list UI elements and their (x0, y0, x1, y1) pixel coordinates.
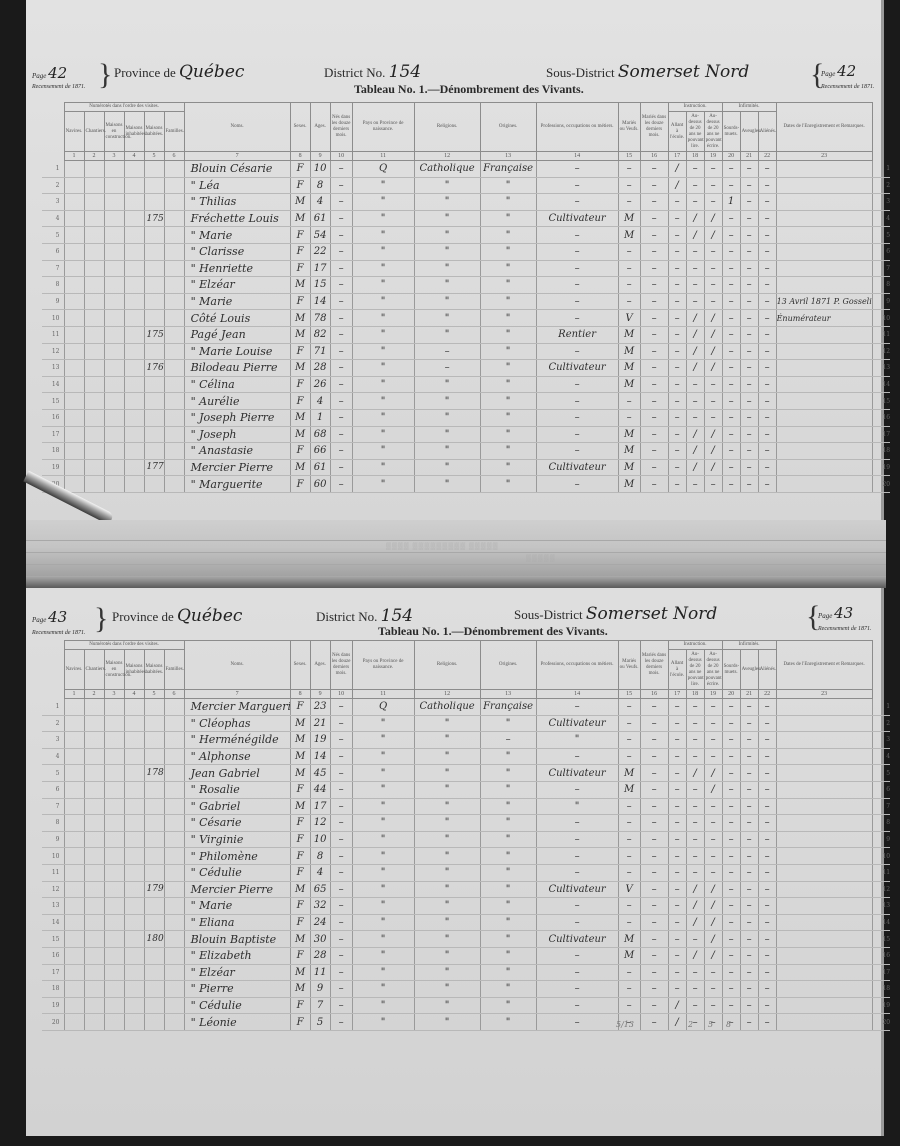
religion: – (414, 360, 480, 377)
row-number-right: 20 (872, 476, 890, 493)
row-number: 6 (42, 781, 64, 798)
origin: " (480, 864, 536, 881)
married-last-12-months: – (640, 360, 668, 377)
insane: – (758, 326, 776, 343)
remarks: 13 Avril 1871 P. Gosselin (776, 293, 872, 310)
col-shipyards-cell (84, 964, 104, 981)
row-number: 11 (42, 864, 64, 881)
col-names: Noms. (184, 641, 290, 690)
row-number-right: 1 (872, 161, 890, 178)
profession: – (536, 914, 618, 931)
col-ships-cell (64, 210, 84, 227)
col-religion: Religions. (414, 103, 480, 152)
census-rows: 1Blouin CésarieF10–QCatholiqueFrançaise–… (42, 161, 890, 493)
married-last-12-months: – (640, 732, 668, 749)
born-last-12-months: – (330, 715, 352, 732)
blind: – (740, 781, 758, 798)
person-name: " Léa (184, 177, 290, 194)
remarks (776, 981, 872, 998)
col-ships-cell (64, 815, 84, 832)
origin: " (480, 343, 536, 360)
col-families-cell (164, 393, 184, 410)
col-shipyards-cell (84, 831, 104, 848)
age: 24 (310, 914, 330, 931)
religion: " (414, 914, 480, 931)
dwelling-family-number (144, 914, 164, 931)
table-row: 11" CédulieF4–"""–––––––––11 (42, 864, 890, 881)
sex: M (290, 931, 310, 948)
religion: " (414, 732, 480, 749)
row-number: 8 (42, 277, 64, 294)
row-number-right: 9 (872, 831, 890, 848)
age: 14 (310, 748, 330, 765)
sex: F (290, 161, 310, 178)
religion: " (414, 947, 480, 964)
dwelling-family-number: 177 194 (144, 459, 164, 476)
religion: " (414, 476, 480, 493)
deaf-mute: – (722, 161, 740, 178)
col-houses-empty-cell (124, 715, 144, 732)
profession: Rentier (536, 326, 618, 343)
col-number: 23 (776, 152, 872, 161)
cannot-write: / (704, 326, 722, 343)
age: 4 (310, 864, 330, 881)
born-last-12-months: – (330, 798, 352, 815)
col-houses-empty-cell (124, 981, 144, 998)
remarks (776, 393, 872, 410)
col-shipyards-cell (84, 409, 104, 426)
deaf-mute: – (722, 781, 740, 798)
blind: – (740, 748, 758, 765)
insane: – (758, 426, 776, 443)
col-number: 2 (84, 690, 104, 699)
blind: – (740, 715, 758, 732)
birthplace: " (352, 914, 414, 931)
col-families-cell (164, 765, 184, 782)
dwelling-family-number (144, 781, 164, 798)
sex: F (290, 848, 310, 865)
profession: – (536, 831, 618, 848)
insane: – (758, 443, 776, 460)
cannot-read: / (686, 360, 704, 377)
marital-status: M (618, 931, 640, 948)
birthplace: " (352, 343, 414, 360)
deaf-mute: – (722, 748, 740, 765)
marital-status: M (618, 765, 640, 782)
marital-status: – (618, 732, 640, 749)
religion: " (414, 864, 480, 881)
remarks (776, 765, 872, 782)
row-number-right: 10 (872, 848, 890, 865)
profession: – (536, 748, 618, 765)
col-blind: Aveugles. (740, 650, 758, 690)
marital-status: – (618, 748, 640, 765)
cannot-write: / (704, 210, 722, 227)
table-row: 19" CédulieF7–"""–––/–––––19 (42, 997, 890, 1014)
born-last-12-months: – (330, 914, 352, 931)
page-number-right: Page 43 (818, 604, 853, 622)
married-last-12-months: – (640, 1014, 668, 1031)
table-row: 12179 196Mercier PierreM65–"""Cultivateu… (42, 881, 890, 898)
married-last-12-months: – (640, 914, 668, 931)
col-age: Ages. (310, 103, 330, 152)
insane: – (758, 310, 776, 327)
married-last-12-months: – (640, 476, 668, 493)
col-number: 18 (686, 152, 704, 161)
col-age: Ages. (310, 641, 330, 690)
dwelling-family-number (144, 715, 164, 732)
profession: – (536, 864, 618, 881)
col-houses-building-cell (104, 864, 124, 881)
marital-status: – (618, 715, 640, 732)
row-number: 2 (42, 177, 64, 194)
dwelling-family-number (144, 310, 164, 327)
birthplace: " (352, 947, 414, 964)
census-year-left: Recensement de 1871. (32, 84, 85, 90)
sex: M (290, 765, 310, 782)
col-houses-building-cell (104, 376, 124, 393)
blind: – (740, 798, 758, 815)
attending-school: – (668, 864, 686, 881)
col-houses-building-cell (104, 227, 124, 244)
blind: – (740, 914, 758, 931)
col-number: 7 (184, 690, 290, 699)
deaf-mute: – (722, 997, 740, 1014)
marital-status: – (618, 964, 640, 981)
married-last-12-months: – (640, 409, 668, 426)
col-insane: Aliénés. (758, 650, 776, 690)
origin: " (480, 443, 536, 460)
remarks (776, 898, 872, 915)
col-number: 14 (536, 152, 618, 161)
table-row: 5" MarieF54–"""–M––//–––5 (42, 227, 890, 244)
person-name: " Aurélie (184, 393, 290, 410)
born-last-12-months: – (330, 443, 352, 460)
col-houses-building: Maisons en construction. (104, 650, 124, 690)
sex: M (290, 459, 310, 476)
col-houses-empty-cell (124, 376, 144, 393)
remarks (776, 227, 872, 244)
profession: – (536, 1014, 618, 1031)
col-houses-building-cell (104, 831, 124, 848)
col-remarks: Dates de l'Enregistrement et Remarques. (776, 103, 872, 152)
marital-status: – (618, 277, 640, 294)
insane: – (758, 947, 776, 964)
married-last-12-months: – (640, 310, 668, 327)
insane: – (758, 997, 776, 1014)
row-number-right: 19 (872, 997, 890, 1014)
birthplace: " (352, 931, 414, 948)
col-deaf: Sourds-muets. (722, 112, 740, 152)
col-houses-building-cell (104, 360, 124, 377)
col-houses-empty-cell (124, 831, 144, 848)
blind: – (740, 947, 758, 964)
profession: – (536, 194, 618, 211)
cannot-write: – (704, 393, 722, 410)
married-last-12-months: – (640, 831, 668, 848)
row-number-right: 6 (872, 781, 890, 798)
table-row: 10Côté LouisM78–"""–V––//–––Énumérateur1… (42, 310, 890, 327)
col-profession: Professions, occupations ou métiers. (536, 641, 618, 690)
col-ships-cell (64, 765, 84, 782)
cannot-read: / (686, 343, 704, 360)
row-number: 8 (42, 815, 64, 832)
religion: " (414, 798, 480, 815)
married-last-12-months: – (640, 194, 668, 211)
sex: M (290, 798, 310, 815)
visit-order-header: Numérotés dans l'ordre des visites. (64, 641, 184, 650)
person-name: Blouin Baptiste (184, 931, 290, 948)
col-families-cell (164, 161, 184, 178)
dwelling-family-number (144, 476, 164, 493)
religion: " (414, 393, 480, 410)
person-name: " Marie (184, 227, 290, 244)
cannot-write: – (704, 260, 722, 277)
col-families-cell (164, 831, 184, 848)
row-number-right: 12 (872, 343, 890, 360)
married-last-12-months: – (640, 981, 668, 998)
col-ships: Navires. (64, 112, 84, 152)
col-families: Familles. (164, 650, 184, 690)
sex: F (290, 260, 310, 277)
born-last-12-months: – (330, 881, 352, 898)
person-name: " Gabriel (184, 798, 290, 815)
col-shipyards-cell (84, 443, 104, 460)
deaf-mute: – (722, 476, 740, 493)
col-number: 11 (352, 152, 414, 161)
col-families-cell (164, 881, 184, 898)
col-birthplace: Pays ou Province de naissance. (352, 641, 414, 690)
remarks: Énumérateur (776, 310, 872, 327)
born-last-12-months: – (330, 194, 352, 211)
province: Province de Québec (114, 62, 244, 82)
born-last-12-months: – (330, 831, 352, 848)
remarks (776, 343, 872, 360)
marital-status: – (618, 997, 640, 1014)
col-houses-building-cell (104, 781, 124, 798)
remarks (776, 831, 872, 848)
remarks (776, 360, 872, 377)
row-number-right: 4 (872, 748, 890, 765)
age: 28 (310, 360, 330, 377)
religion: " (414, 781, 480, 798)
attending-school: – (668, 881, 686, 898)
col-shipyards-cell (84, 699, 104, 716)
blind: – (740, 326, 758, 343)
col-houses-empty-cell (124, 914, 144, 931)
col-shipyards-cell (84, 864, 104, 881)
table-row: 5178 195Jean GabrielM45–"""CultivateurM–… (42, 765, 890, 782)
row-number-right: 8 (872, 277, 890, 294)
deaf-mute: – (722, 964, 740, 981)
remarks (776, 848, 872, 865)
col-number: 13 (480, 152, 536, 161)
dwelling-family-number (144, 1014, 164, 1031)
col-houses-empty-cell (124, 815, 144, 832)
row-number: 1 (42, 699, 64, 716)
brace: } (98, 60, 112, 90)
row-number-right: 15 (872, 931, 890, 948)
religion: " (414, 815, 480, 832)
cannot-read: / (686, 914, 704, 931)
blind: – (740, 376, 758, 393)
profession: – (536, 981, 618, 998)
sex: M (290, 409, 310, 426)
birthplace: " (352, 293, 414, 310)
cannot-read: / (686, 459, 704, 476)
table-row: 20" LéonieF5–"""–––/–––––20 (42, 1014, 890, 1031)
col-ships-cell (64, 343, 84, 360)
dwelling-family-number (144, 376, 164, 393)
cannot-write: – (704, 748, 722, 765)
sex: F (290, 393, 310, 410)
attending-school: – (668, 194, 686, 211)
col-houses-building-cell (104, 393, 124, 410)
col-houses-empty-cell (124, 964, 144, 981)
cannot-read: – (686, 848, 704, 865)
row-number: 9 (42, 293, 64, 310)
married-last-12-months: – (640, 177, 668, 194)
birthplace: " (352, 227, 414, 244)
col-houses-empty-cell (124, 343, 144, 360)
col-ships-cell (64, 732, 84, 749)
col-ships-cell (64, 409, 84, 426)
col-number: 9 (310, 152, 330, 161)
col-cannot-read: Au-dessus de 20 ans ne pouvant lire. (686, 112, 704, 152)
col-shipyards-cell (84, 931, 104, 948)
row-number: 3 (42, 194, 64, 211)
cannot-read: – (686, 964, 704, 981)
row-number: 18 (42, 443, 64, 460)
person-name: " Célina (184, 376, 290, 393)
district: District No. 154 (324, 62, 421, 82)
col-shipyards-cell (84, 765, 104, 782)
col-houses-empty-cell (124, 243, 144, 260)
marital-status: M (618, 210, 640, 227)
col-shipyards-cell (84, 1014, 104, 1031)
origin: " (480, 831, 536, 848)
province: Province de Québec (112, 606, 242, 626)
col-houses-empty-cell (124, 326, 144, 343)
col-families-cell (164, 227, 184, 244)
marital-status: – (618, 798, 640, 815)
blind: – (740, 997, 758, 1014)
col-shipyards-cell (84, 260, 104, 277)
remarks (776, 997, 872, 1014)
religion: – (414, 343, 480, 360)
dwelling-family-number (144, 831, 164, 848)
remarks (776, 476, 872, 493)
col-shipyards-cell (84, 715, 104, 732)
cannot-read: – (686, 699, 704, 716)
col-number: 19 (704, 152, 722, 161)
birthplace: " (352, 831, 414, 848)
born-last-12-months: – (330, 699, 352, 716)
marital-status: M (618, 781, 640, 798)
col-families-cell (164, 715, 184, 732)
attending-school: / (668, 997, 686, 1014)
col-ships-cell (64, 931, 84, 948)
col-houses-building-cell (104, 1014, 124, 1031)
col-families-cell (164, 343, 184, 360)
married-last-12-months: – (640, 798, 668, 815)
col-ships: Navires. (64, 650, 84, 690)
col-number: 2 (84, 152, 104, 161)
person-name: " Joseph Pierre (184, 409, 290, 426)
row-number: 17 (42, 426, 64, 443)
marital-status: – (618, 409, 640, 426)
birthplace: " (352, 210, 414, 227)
deaf-mute: – (722, 798, 740, 815)
sex: M (290, 310, 310, 327)
deaf-mute: – (722, 815, 740, 832)
blind: – (740, 393, 758, 410)
row-number: 15 (42, 931, 64, 948)
cannot-read: / (686, 326, 704, 343)
visit-order-header: Numérotés dans l'ordre des visites. (64, 103, 184, 112)
attending-school: – (668, 964, 686, 981)
blind: – (740, 343, 758, 360)
infirmities-header: Infirmités. (722, 641, 776, 650)
col-houses-building-cell (104, 765, 124, 782)
blind: – (740, 732, 758, 749)
deaf-mute: – (722, 981, 740, 998)
col-families-cell (164, 426, 184, 443)
col-ships-cell (64, 831, 84, 848)
married-last-12-months: – (640, 443, 668, 460)
col-houses-empty-cell (124, 781, 144, 798)
col-ships-cell (64, 443, 84, 460)
religion: " (414, 426, 480, 443)
blind: – (740, 476, 758, 493)
col-houses-building-cell (104, 997, 124, 1014)
col-profession: Professions, occupations ou métiers. (536, 103, 618, 152)
total-cannot-read: 5 (708, 1020, 713, 1029)
col-ships-cell (64, 393, 84, 410)
col-deaf: Sourds-muets. (722, 650, 740, 690)
col-families-cell (164, 376, 184, 393)
dwelling-family-number (144, 848, 164, 865)
blind: – (740, 765, 758, 782)
age: 8 (310, 177, 330, 194)
row-number: 10 (42, 310, 64, 327)
born-last-12-months: – (330, 393, 352, 410)
deaf-mute: – (722, 210, 740, 227)
born-last-12-months: – (330, 210, 352, 227)
origin: " (480, 177, 536, 194)
row-number-right: 7 (872, 260, 890, 277)
sex: F (290, 343, 310, 360)
age: 66 (310, 443, 330, 460)
born-last-12-months: – (330, 815, 352, 832)
col-houses-empty-cell (124, 227, 144, 244)
attending-school: – (668, 732, 686, 749)
col-houses-building-cell (104, 476, 124, 493)
col-houses-building-cell (104, 293, 124, 310)
born-last-12-months: – (330, 981, 352, 998)
age: 61 (310, 210, 330, 227)
col-families-cell (164, 260, 184, 277)
dwelling-family-number (144, 748, 164, 765)
attending-school: – (668, 409, 686, 426)
person-name: " Eliana (184, 914, 290, 931)
col-ships-cell (64, 699, 84, 716)
col-number: 17 (668, 690, 686, 699)
remarks (776, 964, 872, 981)
cannot-write: – (704, 194, 722, 211)
religion: " (414, 459, 480, 476)
profession: – (536, 393, 618, 410)
